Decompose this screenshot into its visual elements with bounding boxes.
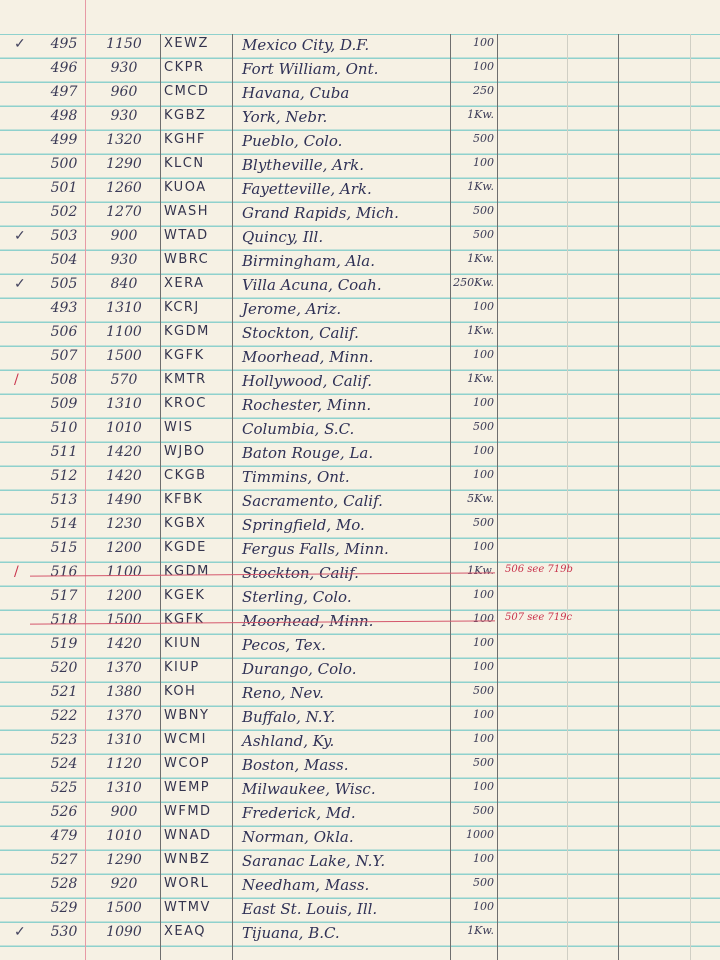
ledger-row: 513 1490 KFBK Sacramento, Calif. 5Kw. xyxy=(0,490,720,514)
entry-number: 529 xyxy=(44,900,84,916)
call-sign: KIUP xyxy=(164,660,230,675)
call-sign: KUOA xyxy=(164,180,230,195)
call-sign: WIS xyxy=(164,420,230,435)
frequency: 900 xyxy=(96,228,152,244)
call-sign: CKGB xyxy=(164,468,230,483)
frequency: 1290 xyxy=(96,156,152,172)
power: 100 xyxy=(452,636,494,649)
ledger-row: 526 900 WFMD Frederick, Md. 500 xyxy=(0,802,720,826)
call-sign: WCMI xyxy=(164,732,230,747)
location: Quincy, Ill. xyxy=(242,228,448,246)
location: Reno, Nev. xyxy=(242,684,448,702)
power: 5Kw. xyxy=(452,492,494,505)
location: Hollywood, Calif. xyxy=(242,372,448,390)
location: Jerome, Ariz. xyxy=(242,300,448,318)
power: 100 xyxy=(452,156,494,169)
call-sign: WNAD xyxy=(164,828,230,843)
ledger-row: 506 1100 KGDM Stockton, Calif. 1Kw. xyxy=(0,322,720,346)
location: York, Nebr. xyxy=(242,108,448,126)
power: 100 xyxy=(452,348,494,361)
ledger-row: 528 920 WORL Needham, Mass. 500 xyxy=(0,874,720,898)
location: Pueblo, Colo. xyxy=(242,132,448,150)
entry-number: 506 xyxy=(44,324,84,340)
entry-number: 499 xyxy=(44,132,84,148)
power: 500 xyxy=(452,516,494,529)
frequency: 1230 xyxy=(96,516,152,532)
location: Ashland, Ky. xyxy=(242,732,448,750)
call-sign: CKPR xyxy=(164,60,230,75)
cross-reference-note: 506 see 719b xyxy=(505,564,615,575)
location: Saranac Lake, N.Y. xyxy=(242,852,448,870)
frequency: 900 xyxy=(96,804,152,820)
location: Rochester, Minn. xyxy=(242,396,448,414)
ledger-row: 514 1230 KGBX Springfield, Mo. 500 xyxy=(0,514,720,538)
call-sign: KGFK xyxy=(164,348,230,363)
location: Fort William, Ont. xyxy=(242,60,448,78)
frequency: 1500 xyxy=(96,612,152,628)
location: Sterling, Colo. xyxy=(242,588,448,606)
ledger-row: 521 1380 KOH Reno, Nev. 500 xyxy=(0,682,720,706)
entry-number: 527 xyxy=(44,852,84,868)
location: Villa Acuna, Coah. xyxy=(242,276,448,294)
call-sign: XEAQ xyxy=(164,924,230,939)
ledger-row: / 508 570 KMTR Hollywood, Calif. 1Kw. xyxy=(0,370,720,394)
power: 100 xyxy=(452,36,494,49)
ledger-row: 502 1270 WASH Grand Rapids, Mich. 500 xyxy=(0,202,720,226)
location: Boston, Mass. xyxy=(242,756,448,774)
entry-number: 525 xyxy=(44,780,84,796)
ledger-row: 511 1420 WJBO Baton Rouge, La. 100 xyxy=(0,442,720,466)
power: 500 xyxy=(452,228,494,241)
frequency: 1310 xyxy=(96,780,152,796)
ledger-row: 527 1290 WNBZ Saranac Lake, N.Y. 100 xyxy=(0,850,720,874)
power: 500 xyxy=(452,684,494,697)
power: 250Kw. xyxy=(452,276,494,289)
ledger-row: ✓ 495 1150 XEWZ Mexico City, D.F. 100 xyxy=(0,34,720,58)
power: 500 xyxy=(452,804,494,817)
frequency: 1100 xyxy=(96,564,152,580)
ledger-row: 504 930 WBRC Birmingham, Ala. 1Kw. xyxy=(0,250,720,274)
power: 250 xyxy=(452,84,494,97)
call-sign: WJBO xyxy=(164,444,230,459)
ledger-row: 520 1370 KIUP Durango, Colo. 100 xyxy=(0,658,720,682)
power: 1Kw. xyxy=(452,108,494,121)
ledger-row: 519 1420 KIUN Pecos, Tex. 100 xyxy=(0,634,720,658)
entry-number: 500 xyxy=(44,156,84,172)
entry-number: 514 xyxy=(44,516,84,532)
power: 100 xyxy=(452,852,494,865)
ledger-row: 517 1200 KGEK Sterling, Colo. 100 xyxy=(0,586,720,610)
page-header-margin xyxy=(0,0,720,34)
location: Buffalo, N.Y. xyxy=(242,708,448,726)
frequency: 920 xyxy=(96,876,152,892)
ledger-row: 510 1010 WIS Columbia, S.C. 500 xyxy=(0,418,720,442)
power: 500 xyxy=(452,204,494,217)
frequency: 1120 xyxy=(96,756,152,772)
power: 1Kw. xyxy=(452,324,494,337)
entry-number: 501 xyxy=(44,180,84,196)
call-sign: KGDM xyxy=(164,324,230,339)
entry-number: 522 xyxy=(44,708,84,724)
location: Norman, Okla. xyxy=(242,828,448,846)
power: 1Kw. xyxy=(452,372,494,385)
ledger-row: 498 930 KGBZ York, Nebr. 1Kw. xyxy=(0,106,720,130)
call-sign: WTMV xyxy=(164,900,230,915)
check-mark: ✓ xyxy=(14,276,34,292)
frequency: 1310 xyxy=(96,300,152,316)
entry-number: 498 xyxy=(44,108,84,124)
call-sign: KROC xyxy=(164,396,230,411)
entry-number: 510 xyxy=(44,420,84,436)
location: Grand Rapids, Mich. xyxy=(242,204,448,222)
location: Birmingham, Ala. xyxy=(242,252,448,270)
frequency: 1270 xyxy=(96,204,152,220)
frequency: 1260 xyxy=(96,180,152,196)
entry-number: 516 xyxy=(44,564,84,580)
power: 100 xyxy=(452,708,494,721)
ledger-rows: ✓ 495 1150 XEWZ Mexico City, D.F. 100 49… xyxy=(0,34,720,946)
ledger-row: 529 1500 WTMV East St. Louis, Ill. 100 xyxy=(0,898,720,922)
ledger-row: 509 1310 KROC Rochester, Minn. 100 xyxy=(0,394,720,418)
power: 1000 xyxy=(452,828,494,841)
frequency: 1290 xyxy=(96,852,152,868)
frequency: 1490 xyxy=(96,492,152,508)
power: 100 xyxy=(452,732,494,745)
ledger-row: 522 1370 WBNY Buffalo, N.Y. 100 xyxy=(0,706,720,730)
check-mark: ✓ xyxy=(14,228,34,244)
call-sign: KLCN xyxy=(164,156,230,171)
frequency: 1100 xyxy=(96,324,152,340)
call-sign: KMTR xyxy=(164,372,230,387)
call-sign: KCRJ xyxy=(164,300,230,315)
power: 500 xyxy=(452,420,494,433)
ledger-row: ✓ 503 900 WTAD Quincy, Ill. 500 xyxy=(0,226,720,250)
frequency: 1090 xyxy=(96,924,152,940)
location: Fergus Falls, Minn. xyxy=(242,540,448,558)
ledger-row: 500 1290 KLCN Blytheville, Ark. 100 xyxy=(0,154,720,178)
entry-number: 505 xyxy=(44,276,84,292)
entry-number: 524 xyxy=(44,756,84,772)
frequency: 1010 xyxy=(96,420,152,436)
power: 100 xyxy=(452,468,494,481)
entry-number: 523 xyxy=(44,732,84,748)
frequency: 1150 xyxy=(96,36,152,52)
power: 1Kw. xyxy=(452,180,494,193)
location: Tijuana, B.C. xyxy=(242,924,448,942)
location: Columbia, S.C. xyxy=(242,420,448,438)
power: 100 xyxy=(452,588,494,601)
entry-number: 496 xyxy=(44,60,84,76)
frequency: 1420 xyxy=(96,636,152,652)
frequency: 930 xyxy=(96,252,152,268)
ledger-row: ✓ 530 1090 XEAQ Tijuana, B.C. 1Kw. xyxy=(0,922,720,946)
call-sign: XERA xyxy=(164,276,230,291)
power: 1Kw. xyxy=(452,564,494,577)
entry-number: 495 xyxy=(44,36,84,52)
location: Fayetteville, Ark. xyxy=(242,180,448,198)
entry-number: 518 xyxy=(44,612,84,628)
ledger-row: 524 1120 WCOP Boston, Mass. 500 xyxy=(0,754,720,778)
ledger-row: 518 1500 KGFK Moorhead, Minn. 100 507 se… xyxy=(0,610,720,634)
location: Stockton, Calif. xyxy=(242,564,448,582)
frequency: 570 xyxy=(96,372,152,388)
ledger-row: 525 1310 WEMP Milwaukee, Wisc. 100 xyxy=(0,778,720,802)
location: East St. Louis, Ill. xyxy=(242,900,448,918)
location: Sacramento, Calif. xyxy=(242,492,448,510)
ledger-row: / 516 1100 KGDM Stockton, Calif. 1Kw. 50… xyxy=(0,562,720,586)
call-sign: WEMP xyxy=(164,780,230,795)
power: 100 xyxy=(452,60,494,73)
entry-number: 507 xyxy=(44,348,84,364)
ledger-row: 499 1320 KGHF Pueblo, Colo. 500 xyxy=(0,130,720,154)
call-sign: KGFK xyxy=(164,612,230,627)
call-sign: KOH xyxy=(164,684,230,699)
power: 100 xyxy=(452,900,494,913)
location: Blytheville, Ark. xyxy=(242,156,448,174)
check-mark: ✓ xyxy=(14,924,34,940)
ledger-row: ✓ 505 840 XERA Villa Acuna, Coah. 250Kw. xyxy=(0,274,720,298)
call-sign: WCOP xyxy=(164,756,230,771)
location: Pecos, Tex. xyxy=(242,636,448,654)
entry-number: 530 xyxy=(44,924,84,940)
call-sign: WORL xyxy=(164,876,230,891)
frequency: 1370 xyxy=(96,708,152,724)
call-sign: KFBK xyxy=(164,492,230,507)
frequency: 1310 xyxy=(96,732,152,748)
entry-number: 513 xyxy=(44,492,84,508)
power: 1Kw. xyxy=(452,252,494,265)
ledger-row: 497 960 CMCD Havana, Cuba 250 xyxy=(0,82,720,106)
entry-number: 519 xyxy=(44,636,84,652)
power: 100 xyxy=(452,444,494,457)
entry-number: 497 xyxy=(44,84,84,100)
entry-number: 503 xyxy=(44,228,84,244)
frequency: 1320 xyxy=(96,132,152,148)
ledger-row: 493 1310 KCRJ Jerome, Ariz. 100 xyxy=(0,298,720,322)
entry-number: 520 xyxy=(44,660,84,676)
frequency: 960 xyxy=(96,84,152,100)
frequency: 1420 xyxy=(96,444,152,460)
check-mark: / xyxy=(14,372,34,388)
location: Havana, Cuba xyxy=(242,84,448,102)
entry-number: 511 xyxy=(44,444,84,460)
frequency: 1200 xyxy=(96,588,152,604)
power: 100 xyxy=(452,300,494,313)
entry-number: 508 xyxy=(44,372,84,388)
power: 100 xyxy=(452,780,494,793)
entry-number: 509 xyxy=(44,396,84,412)
power: 100 xyxy=(452,660,494,673)
power: 500 xyxy=(452,756,494,769)
cross-reference-note: 507 see 719c xyxy=(505,612,615,623)
call-sign: KGHF xyxy=(164,132,230,147)
call-sign: KGBZ xyxy=(164,108,230,123)
power: 100 xyxy=(452,612,494,625)
call-sign: KGDE xyxy=(164,540,230,555)
frequency: 930 xyxy=(96,60,152,76)
entry-number: 493 xyxy=(44,300,84,316)
frequency: 1380 xyxy=(96,684,152,700)
frequency: 1010 xyxy=(96,828,152,844)
power: 500 xyxy=(452,876,494,889)
ledger-row: 501 1260 KUOA Fayetteville, Ark. 1Kw. xyxy=(0,178,720,202)
call-sign: CMCD xyxy=(164,84,230,99)
frequency: 1420 xyxy=(96,468,152,484)
frequency: 1310 xyxy=(96,396,152,412)
call-sign: WNBZ xyxy=(164,852,230,867)
entry-number: 528 xyxy=(44,876,84,892)
entry-number: 515 xyxy=(44,540,84,556)
entry-number: 521 xyxy=(44,684,84,700)
call-sign: KGEK xyxy=(164,588,230,603)
entry-number: 502 xyxy=(44,204,84,220)
call-sign: WFMD xyxy=(164,804,230,819)
call-sign: XEWZ xyxy=(164,36,230,51)
frequency: 1500 xyxy=(96,900,152,916)
call-sign: WTAD xyxy=(164,228,230,243)
location: Moorhead, Minn. xyxy=(242,612,448,630)
entry-number: 517 xyxy=(44,588,84,604)
entry-number: 526 xyxy=(44,804,84,820)
frequency: 1370 xyxy=(96,660,152,676)
call-sign: KGBX xyxy=(164,516,230,531)
location: Moorhead, Minn. xyxy=(242,348,448,366)
call-sign: WASH xyxy=(164,204,230,219)
frequency: 930 xyxy=(96,108,152,124)
ledger-row: 523 1310 WCMI Ashland, Ky. 100 xyxy=(0,730,720,754)
frequency: 1500 xyxy=(96,348,152,364)
entry-number: 504 xyxy=(44,252,84,268)
frequency: 1200 xyxy=(96,540,152,556)
location: Stockton, Calif. xyxy=(242,324,448,342)
entry-number: 479 xyxy=(44,828,84,844)
power: 100 xyxy=(452,540,494,553)
location: Milwaukee, Wisc. xyxy=(242,780,448,798)
ledger-row: 507 1500 KGFK Moorhead, Minn. 100 xyxy=(0,346,720,370)
location: Durango, Colo. xyxy=(242,660,448,678)
call-sign: KIUN xyxy=(164,636,230,651)
frequency: 840 xyxy=(96,276,152,292)
entry-number: 512 xyxy=(44,468,84,484)
call-sign: KGDM xyxy=(164,564,230,579)
ledger-row: 479 1010 WNAD Norman, Okla. 1000 xyxy=(0,826,720,850)
power: 100 xyxy=(452,396,494,409)
location: Mexico City, D.F. xyxy=(242,36,448,54)
power: 1Kw. xyxy=(452,924,494,937)
ledger-row: 515 1200 KGDE Fergus Falls, Minn. 100 xyxy=(0,538,720,562)
ledger-row: 512 1420 CKGB Timmins, Ont. 100 xyxy=(0,466,720,490)
location: Needham, Mass. xyxy=(242,876,448,894)
ledger-row: 496 930 CKPR Fort William, Ont. 100 xyxy=(0,58,720,82)
power: 500 xyxy=(452,132,494,145)
location: Springfield, Mo. xyxy=(242,516,448,534)
location: Timmins, Ont. xyxy=(242,468,448,486)
call-sign: WBRC xyxy=(164,252,230,267)
check-mark: ✓ xyxy=(14,36,34,52)
check-mark: / xyxy=(14,564,34,580)
location: Baton Rouge, La. xyxy=(242,444,448,462)
location: Frederick, Md. xyxy=(242,804,448,822)
call-sign: WBNY xyxy=(164,708,230,723)
